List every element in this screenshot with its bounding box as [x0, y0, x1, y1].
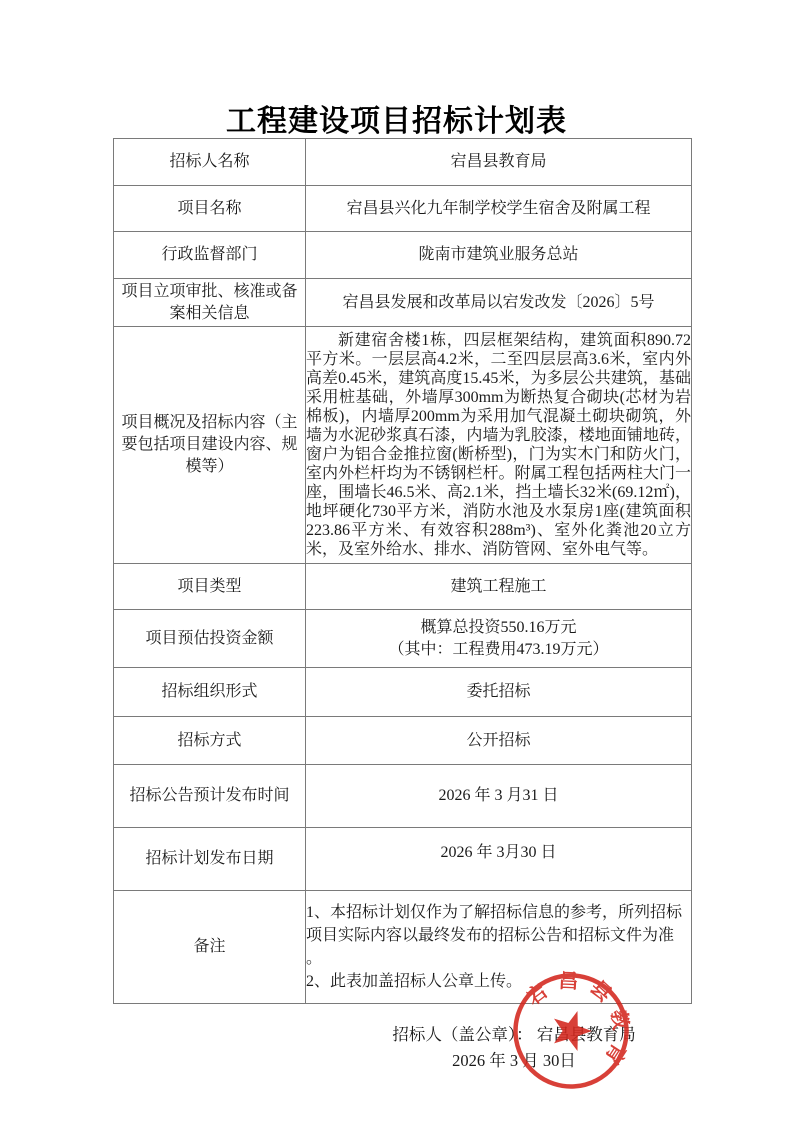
row-label: 项目概况及招标内容（主要包括项目建设内容、规模等）	[114, 327, 306, 564]
table-row: 项目立项审批、核准或备案相关信息 宕昌县发展和改革局以宕发改发〔2026〕5号	[114, 279, 692, 327]
row-value: 建筑工程施工	[306, 564, 692, 610]
table-row: 招标组织形式 委托招标	[114, 668, 692, 717]
row-label: 项目预估投资金额	[114, 610, 306, 668]
table-row: 招标计划发布日期 2026 年 3月30 日	[114, 828, 692, 891]
remark-line-1: 1、本招标计划仅作为了解招标信息的参考，所列招标	[306, 901, 691, 924]
row-value: 宕昌县兴化九年制学校学生宿舍及附属工程	[306, 186, 692, 232]
investment-line-2: （其中：工程费用473.19万元）	[306, 639, 691, 661]
table-row: 招标方式 公开招标	[114, 717, 692, 765]
row-label: 招标组织形式	[114, 668, 306, 717]
row-value: 委托招标	[306, 668, 692, 717]
table-row: 项目概况及招标内容（主要包括项目建设内容、规模等） 新建宿舍楼1栋，四层框架结构…	[114, 327, 692, 564]
row-label: 招标计划发布日期	[114, 828, 306, 891]
row-label: 招标人名称	[114, 139, 306, 186]
table-row: 项目预估投资金额 概算总投资550.16万元 （其中：工程费用473.19万元）	[114, 610, 692, 668]
document-page: 工程建设项目招标计划表 招标人名称 宕昌县教育局 项目名称 宕昌县兴化九年制学校…	[0, 0, 793, 1122]
row-value-project-overview: 新建宿舍楼1栋，四层框架结构，建筑面积890.72平方米。一层层高4.2米，二至…	[306, 327, 692, 564]
row-label: 项目类型	[114, 564, 306, 610]
row-value-announce-date: 2026 年 3 月31 日	[306, 765, 692, 828]
row-label: 招标公告预计发布时间	[114, 765, 306, 828]
table-row: 招标人名称 宕昌县教育局	[114, 139, 692, 186]
table-row: 项目名称 宕昌县兴化九年制学校学生宿舍及附属工程	[114, 186, 692, 232]
row-label: 行政监督部门	[114, 232, 306, 279]
row-value: 陇南市建筑业服务总站	[306, 232, 692, 279]
remark-line-2: 项目实际内容以最终发布的招标公告和招标文件为准	[306, 924, 691, 947]
remark-line-3: 。	[306, 947, 691, 970]
row-label: 项目立项审批、核准或备案相关信息	[114, 279, 306, 327]
row-label: 备注	[114, 891, 306, 1004]
bidding-plan-table: 招标人名称 宕昌县教育局 项目名称 宕昌县兴化九年制学校学生宿舍及附属工程 行政…	[113, 138, 692, 1004]
row-value: 公开招标	[306, 717, 692, 765]
table-row: 招标公告预计发布时间 2026 年 3 月31 日	[114, 765, 692, 828]
row-label: 项目名称	[114, 186, 306, 232]
row-value: 宕昌县发展和改革局以宕发改发〔2026〕5号	[306, 279, 692, 327]
official-seal: 宕昌县教育局	[508, 968, 634, 1094]
row-value: 宕昌县教育局	[306, 139, 692, 186]
investment-line-1: 概算总投资550.16万元	[306, 617, 691, 639]
seal-star-icon	[547, 1005, 597, 1053]
table-row: 项目类型 建筑工程施工	[114, 564, 692, 610]
row-label: 招标方式	[114, 717, 306, 765]
table-row: 行政监督部门 陇南市建筑业服务总站	[114, 232, 692, 279]
page-title: 工程建设项目招标计划表	[0, 96, 793, 140]
row-value-plan-date: 2026 年 3月30 日	[306, 828, 692, 891]
row-value-investment: 概算总投资550.16万元 （其中：工程费用473.19万元）	[306, 610, 692, 668]
